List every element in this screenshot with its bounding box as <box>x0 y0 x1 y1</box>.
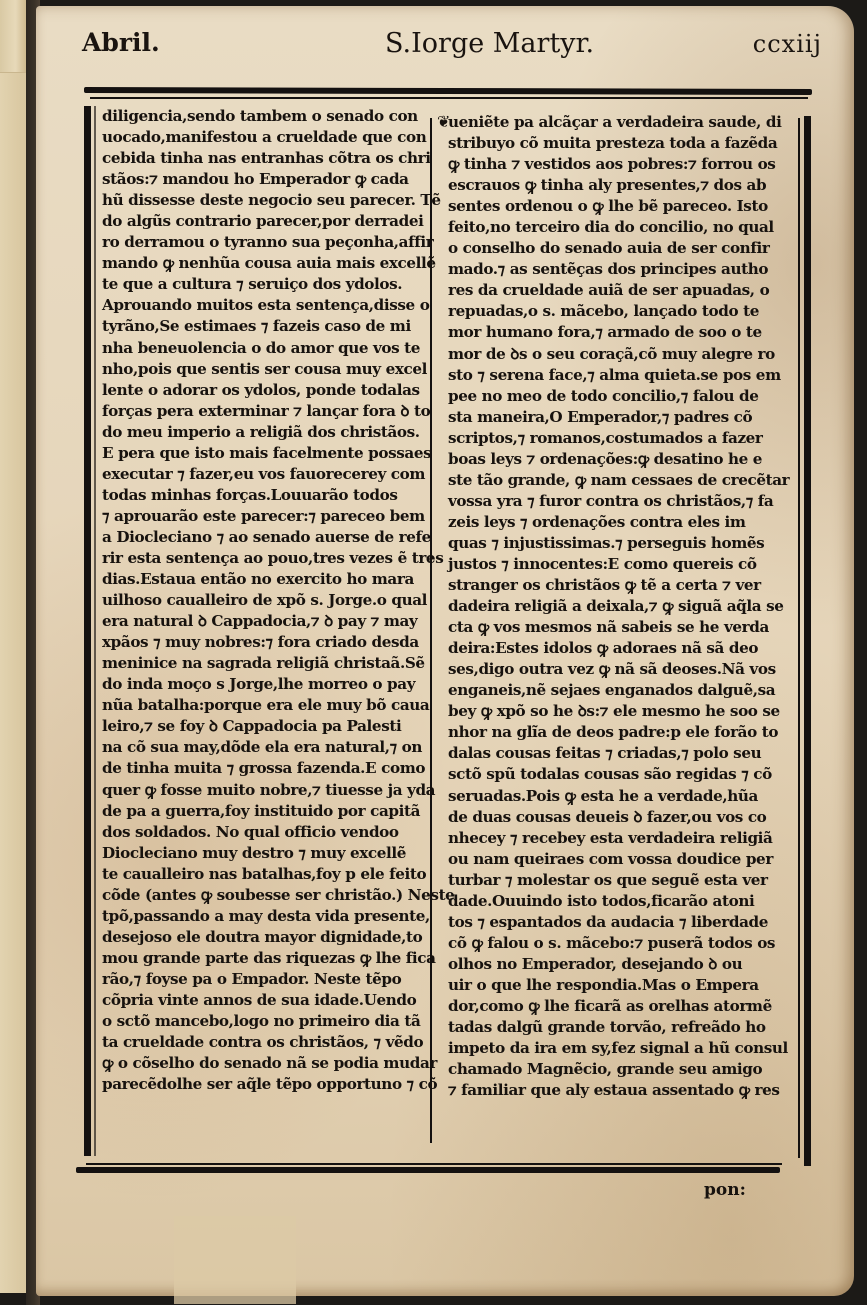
text-line: dalas cousas feitas ⁊ criadas,⁊ polo seu <box>448 743 794 764</box>
text-line: o sctõ mancebo,logo no primeiro dia tã <box>102 1011 428 1032</box>
text-line: scriptos,⁊ romanos,costumados a fazer <box>448 428 794 449</box>
header-month: Abril. <box>82 28 160 57</box>
text-line: mando ꝙ nenhũa cousa auia mais excellẽ <box>102 253 428 274</box>
text-line: ste tão grande, ꝙ nam cessaes de crecẽta… <box>448 470 794 491</box>
frame-right-border <box>804 116 811 1166</box>
catchword: pon: <box>704 1180 746 1200</box>
bottom-rule-thin <box>86 1163 782 1165</box>
text-line: mor humano fora,⁊ armado de soo o te <box>448 322 794 343</box>
text-line: repuadas,o s. mãcebo, lançado todo te <box>448 301 794 322</box>
text-line: boas leys ⁊ ordenações:ꝙ desatino he e <box>448 449 794 470</box>
text-line: lente o adorar os ydolos, ponde todalas <box>102 380 428 401</box>
text-line: do inda moço s Jorge,lhe morreo o pay <box>102 674 428 695</box>
text-line: sentes ordenou o ꝙ lhe bẽ pareceo. Isto <box>448 196 794 217</box>
text-line: justos ⁊ innocentes:E como quereis cõ <box>448 554 794 575</box>
text-line: ses,digo outra vez ꝙ nã sã deoses.Nã vos <box>448 659 794 680</box>
previous-page-fold <box>0 72 26 1293</box>
text-line: ueniẽte pa alcãçar a verdadeira saude, d… <box>448 112 794 133</box>
text-line: deira:Estes idolos ꝙ adoraes nã sã deo <box>448 638 794 659</box>
text-line: tadas dalgũ grande torvão, refreãdo ho <box>448 1017 794 1038</box>
text-line: era natural ꝺ Cappadocia,⁊ ꝺ pay ⁊ may <box>102 611 428 632</box>
text-line: tpõ,passando a may desta vida presente, <box>102 906 428 927</box>
bottom-rule-thick <box>76 1167 780 1173</box>
text-line: o conselho do senado auia de ser confir <box>448 238 794 259</box>
text-line: sto ⁊ serena face,⁊ alma quieta.se pos e… <box>448 365 794 386</box>
text-line: impeto da ira em sy,fez signal a hũ cons… <box>448 1038 794 1059</box>
text-line: de pa a guerra,foy instituido por capitã <box>102 801 428 822</box>
text-line: dade.Ouuindo isto todos,ficarão atoni <box>448 891 794 912</box>
previous-page-edge <box>0 0 28 1290</box>
paper-repair-patch <box>174 1216 296 1304</box>
text-line: zeis leys ⁊ ordenações contra eles im <box>448 512 794 533</box>
text-line: nha beneuolencia o do amor que vos te <box>102 338 428 359</box>
text-line: escrauos ꝙ tinha aly presentes,⁊ dos ab <box>448 175 794 196</box>
folio-number: ccxiij <box>753 30 822 58</box>
text-line: nũa batalha:porque era ele muy bõ caua <box>102 695 428 716</box>
text-line: ta crueldade contra os christãos, ⁊ vẽdo <box>102 1032 428 1053</box>
text-line: seruadas.Pois ꝙ esta he a verdade,hũa <box>448 786 794 807</box>
text-line: stranger os christãos ꝙ tẽ a certa ⁊ ver <box>448 575 794 596</box>
text-line: nho,pois que sentis ser cousa muy excel <box>102 359 428 380</box>
text-line: desejoso ele doutra mayor dignidade,to <box>102 927 428 948</box>
text-line: vossa yra ⁊ furor contra os christãos,⁊ … <box>448 491 794 512</box>
running-header: Abril. S.Iorge Martyr. ccxiij <box>82 28 822 72</box>
text-line: sctõ spũ todalas cousas são regidas ⁊ cõ <box>448 764 794 785</box>
text-line: feito,no terceiro dia do concilio, no qu… <box>448 217 794 238</box>
text-line: Aprouando muitos esta sentença,disse o <box>102 295 428 316</box>
text-line: olhos no Emperador, desejando ꝺ ou <box>448 954 794 975</box>
text-line: ou nam queiraes com vossa doudice per <box>448 849 794 870</box>
text-line: ro derramou o tyranno sua peçonha,affir <box>102 232 428 253</box>
frame-left-border <box>84 106 91 1156</box>
text-line: E pera que isto mais facelmente possaes <box>102 443 428 464</box>
text-line: cõde (antes ꝙ soubesse ser christão.) Ne… <box>102 885 428 906</box>
text-line: rão,⁊ foyse pa o Empador. Neste tẽpo <box>102 969 428 990</box>
text-line: ⁊ aprouarão este parecer:⁊ pareceo bem <box>102 506 428 527</box>
text-line: cõ ꝙ falou o s. mãcebo:⁊ puserã todos os <box>448 933 794 954</box>
text-line: de tinha muita ⁊ grossa fazenda.E como <box>102 758 428 779</box>
frame-right-inner-line <box>798 118 800 1158</box>
text-line: parecẽdolhe ser aq̃le tẽpo opportuno ⁊ c… <box>102 1074 428 1095</box>
text-line: te que a cultura ⁊ seruiço dos ydolos. <box>102 274 428 295</box>
text-line: quas ⁊ injustissimas.⁊ perseguis homẽs <box>448 533 794 554</box>
text-line: ꝙ tinha ⁊ vestidos aos pobres:⁊ forrou o… <box>448 154 794 175</box>
text-line: res da crueldade auiã de ser apuadas, o <box>448 280 794 301</box>
text-line: do algũs contrario parecer,por derradei <box>102 211 428 232</box>
frame-left-inner-line <box>94 106 96 1156</box>
text-line: quer ꝙ fosse muito nobre,⁊ tiuesse ja yd… <box>102 780 428 801</box>
text-line: pee no meo de todo concilio,⁊ falou de <box>448 386 794 407</box>
text-column-right: ueniẽte pa alcãçar a verdadeira saude, d… <box>448 112 794 1101</box>
text-line: executar ⁊ fazer,eu vos fauorecerey com <box>102 464 428 485</box>
text-line: uilhoso caualleiro de xpõ s. Jorge.o qua… <box>102 590 428 611</box>
text-line: nhecey ⁊ recebey esta verdadeira religiã <box>448 828 794 849</box>
text-line: stãos:⁊ mandou ho Emperador ꝙ cada <box>102 169 428 190</box>
text-line: chamado Magnẽcio, grande seu amigo <box>448 1059 794 1080</box>
text-line: enganeis,nẽ sejaes enganados dalguẽ,sa <box>448 680 794 701</box>
text-line: na cõ sua may,dõde ela era natural,⁊ on <box>102 737 428 758</box>
header-title: S.Iorge Martyr. <box>385 28 594 59</box>
text-line: xpãos ⁊ muy nobres:⁊ fora criado desda <box>102 632 428 653</box>
text-line: uir o que lhe respondia.Mas o Empera <box>448 975 794 996</box>
text-line: nhor na glĩa de deos padre:p ele forão t… <box>448 722 794 743</box>
text-line: ꝙ o cõselho do senado nã se podia mudar <box>102 1053 428 1074</box>
text-line: turbar ⁊ molestar os que seguẽ esta ver <box>448 870 794 891</box>
top-rule-thin <box>90 97 808 99</box>
text-line: dadeira religiã a deixala,⁊ ꝙ siguã aq̃l… <box>448 596 794 617</box>
text-line: sta maneira,O Emperador,⁊ padres cõ <box>448 407 794 428</box>
text-line: hũ dissesse deste negocio seu parecer. T… <box>102 190 428 211</box>
text-line: uocado,manifestou a crueldade que con <box>102 127 428 148</box>
text-line: leiro,⁊ se foy ꝺ Cappadocia pa Palesti <box>102 716 428 737</box>
text-line: diligencia,sendo tambem o senado con <box>102 106 428 127</box>
text-line: de duas cousas deueis ꝺ fazer,ou vos co <box>448 807 794 828</box>
text-line: dias.Estaua então no exercito ho mara <box>102 569 428 590</box>
text-line: todas minhas forças.Louuarão todos <box>102 485 428 506</box>
text-line: mor de ꝺs o seu coraçã,cõ muy alegre ro <box>448 344 794 365</box>
text-line: cta ꝙ vos mesmos nã sabeis se he verda <box>448 617 794 638</box>
text-line: tyrãno,Se estimaes ⁊ fazeis caso de mi <box>102 316 428 337</box>
text-line: do meu imperio a religiã dos christãos. <box>102 422 428 443</box>
text-line: mado.⁊ as sentẽças dos principes autho <box>448 259 794 280</box>
text-line: forças pera exterminar ⁊ lançar fora ꝺ t… <box>102 401 428 422</box>
text-column-left: diligencia,sendo tambem o senado con uoc… <box>102 106 428 1095</box>
text-line: stribuyo cõ muita presteza toda a fazẽda <box>448 133 794 154</box>
text-line: te caualleiro nas batalhas,foy p ele fei… <box>102 864 428 885</box>
text-line: cõpria vinte annos de sua idade.Uendo <box>102 990 428 1011</box>
text-line: Diocleciano muy destro ⁊ muy excellẽ <box>102 843 428 864</box>
text-line: cebida tinha nas entranhas cõtra os chri <box>102 148 428 169</box>
text-line: mou grande parte das riquezas ꝙ lhe fica <box>102 948 428 969</box>
text-line: tos ⁊ espantados da audacia ⁊ liberdade <box>448 912 794 933</box>
text-line: a Diocleciano ⁊ ao senado auerse de refe <box>102 527 428 548</box>
text-line: meninice na sagrada religiã christaã.Sẽ <box>102 653 428 674</box>
text-line: ⁊ familiar que aly estaua assentado ꝙ re… <box>448 1080 794 1101</box>
text-line: dos soldados. No qual officio vendoo <box>102 822 428 843</box>
text-line: rir esta sentença ao pouo,tres vezes ẽ t… <box>102 548 428 569</box>
text-line: bey ꝙ xpõ so he ꝺs:⁊ ele mesmo he soo se <box>448 701 794 722</box>
text-line: dor,como ꝙ lhe ficarã as orelhas atormẽ <box>448 996 794 1017</box>
